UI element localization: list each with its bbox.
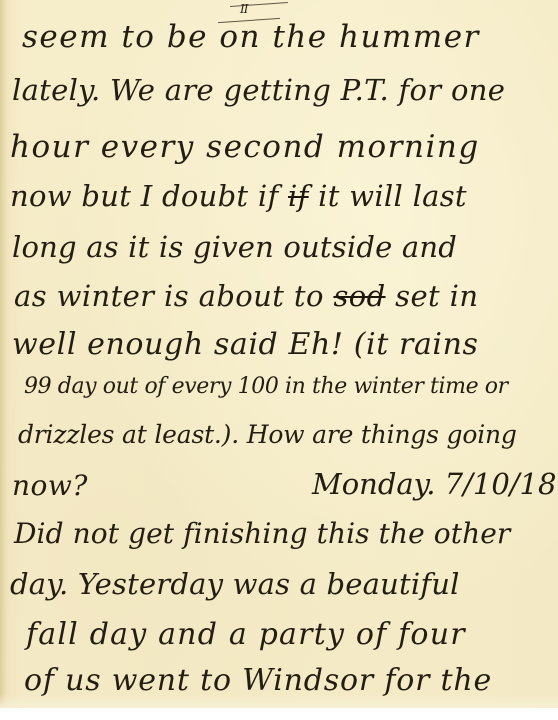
letter-line-8: 99 day out of every 100 in the winter ti… (24, 376, 508, 398)
line-text: seem to be on the hummer (22, 19, 480, 55)
line-text: hour every second morning (10, 129, 480, 165)
letter-line-7: well enough said Eh! (it rains (12, 330, 479, 360)
binding-edge (0, 0, 6, 708)
struck-out-word: sod (333, 279, 385, 313)
line-text: Did not get finishing this the other (14, 517, 510, 550)
line-text: day. Yesterday was a beautiful (10, 567, 460, 601)
page-number-rule-top (230, 2, 288, 7)
line-text: as winter is about to (14, 279, 333, 313)
letter-line-10: now? (12, 472, 88, 500)
letter-line-13: fall day and a party of four (26, 620, 466, 650)
line-text: of us went to Windsor for the (24, 663, 492, 698)
line-text: it will last (309, 179, 467, 213)
letter-line-9: drizzles at least.). How are things goin… (18, 422, 517, 447)
line-text: well enough said Eh! (it rains (12, 327, 479, 362)
line-text: drizzles at least.). How are things goin… (18, 420, 517, 449)
line-text: set in (386, 279, 479, 313)
struck-out-word: if (288, 179, 309, 213)
letter-line-12: day. Yesterday was a beautiful (10, 570, 460, 599)
date-heading: Monday. 7/10/18 (312, 470, 556, 499)
letter-line-4: now but I doubt if if it will last (10, 182, 467, 211)
letter-line-2: lately. We are getting P.T. for one (12, 76, 505, 105)
letter-line-6: as winter is about to sod set in (14, 282, 478, 311)
line-text: long as it is given outside and (12, 230, 457, 264)
page-number-text: II (240, 2, 247, 16)
letter-line-5: long as it is given outside and (12, 233, 457, 262)
letter-line-11: Did not get finishing this the other (14, 520, 510, 548)
letter-line-14: of us went to Windsor for the (24, 666, 492, 696)
line-text: fall day and a party of four (26, 617, 466, 652)
line-text: 99 day out of every 100 in the winter ti… (24, 374, 508, 399)
letter-line-3: hour every second morning (10, 132, 480, 163)
line-text: now? (12, 469, 88, 502)
letter-page: II seem to be on the hummer lately. We a… (0, 0, 558, 708)
line-text: lately. We are getting P.T. for one (12, 73, 505, 107)
letter-line-1: seem to be on the hummer (22, 22, 480, 53)
line-text: now but I doubt if (10, 179, 288, 213)
